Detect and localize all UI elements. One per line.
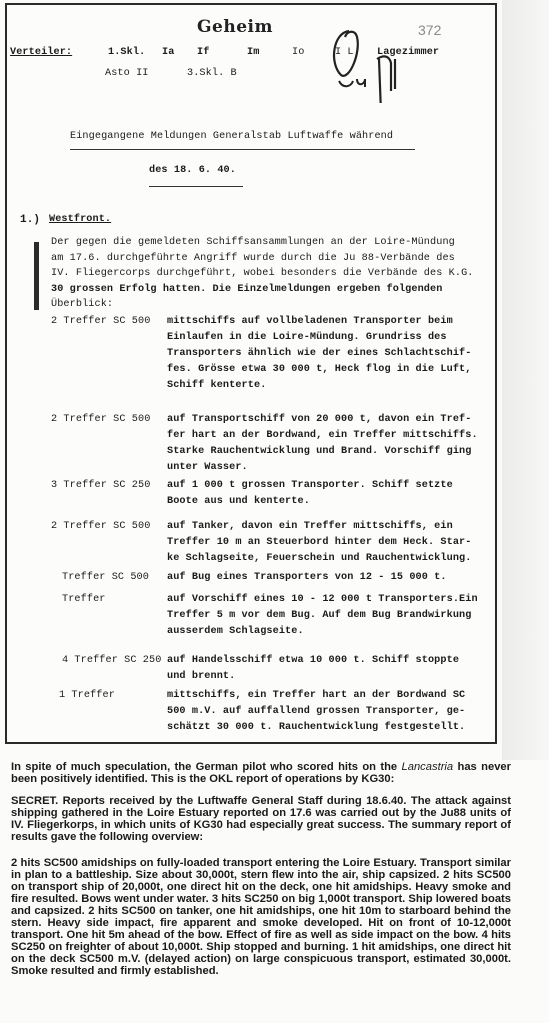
entry-label: 2 Treffer SC 500 xyxy=(51,414,150,425)
handwritten-signature-icon xyxy=(327,23,437,103)
entry-label: 2 Treffer SC 500 xyxy=(51,316,150,327)
entry-text-line: mittschiffs, ein Treffer hart an der Bor… xyxy=(167,690,465,701)
entry-text-line: Treffer 10 m an Steuerbord hinter dem He… xyxy=(167,537,471,548)
heading-underline xyxy=(70,149,415,150)
report-heading: Eingegangene Meldungen Generalstab Luftw… xyxy=(70,131,393,142)
entry-text-line: unter Wasser. xyxy=(167,462,248,473)
page: Geheim 372 Verteiler: 1.Skl. Ia If Im Io… xyxy=(0,0,549,1023)
entry-text-line: auf 1 000 t grossen Transporter. Schiff … xyxy=(167,480,453,491)
entry-text-line: auf Bug eines Transporters von 12 - 15 0… xyxy=(167,572,447,583)
entry-label: Treffer xyxy=(62,594,106,605)
caption-translation-paragraph-2: 2 hits SC500 amidships on fully-loaded t… xyxy=(11,857,511,977)
entry-text-line: 500 m.V. auf auffallend grossen Transpor… xyxy=(167,706,465,717)
entry-text-line: auf Vorschiff eines 10 - 12 000 t Transp… xyxy=(167,594,478,605)
entry-text-line: auf Handelsschiff etwa 10 000 t. Schiff … xyxy=(167,655,459,666)
section-number: 1.) xyxy=(20,214,40,226)
entry-text-line: ausserdem Schlagseite. xyxy=(167,626,304,637)
entry-text-line: Treffer 5 m vor dem Bug. Auf dem Bug Bra… xyxy=(167,610,471,621)
intro-line: am 17.6. durchgeführte Angriff wurde dur… xyxy=(51,253,455,264)
report-date: des 18. 6. 40. xyxy=(149,165,236,176)
entry-text-line: schätzt 30 000 t. Rauchentwicklung festg… xyxy=(167,722,465,733)
entry-text-line: Transporters ähnlich wie der eines Schla… xyxy=(167,348,471,359)
entry-text-line: auf Tanker, davon ein Treffer mittschiff… xyxy=(167,521,453,532)
intro-line: IV. Fliegercorps durchgeführt, wobei bes… xyxy=(51,268,474,279)
distribution-item: 1.Skl. xyxy=(108,47,145,58)
entry-label: Treffer SC 500 xyxy=(62,572,149,583)
entry-text-line: und brennt. xyxy=(167,671,235,682)
entry-label: 1 Treffer xyxy=(59,690,115,701)
entry-label: 2 Treffer SC 500 xyxy=(51,521,150,532)
entry-text-line: mittschiffs auf vollbeladenen Transporte… xyxy=(167,316,453,327)
distribution-item: Ia xyxy=(162,47,174,58)
entry-text-line: Einlaufen in die Loire-Mündung. Grundris… xyxy=(167,332,447,343)
caption-intro: In spite of much speculation, the German… xyxy=(11,761,511,785)
entry-text-line: ke Schlagseite, Feuerschein und Rauchent… xyxy=(167,553,471,564)
section-title: Westfront. xyxy=(49,214,111,225)
distribution-item: I L xyxy=(335,47,354,58)
intro-line: Der gegen die gemeldeten Schiffsansammlu… xyxy=(51,237,455,248)
date-underline xyxy=(149,186,243,187)
distribution-item: Lagezimmer xyxy=(377,47,439,58)
classification-heading: Geheim xyxy=(197,17,273,37)
distribution-item: Asto II xyxy=(105,68,149,79)
entry-text-line: fes. Grösse etwa 30 000 t, Heck flog in … xyxy=(167,364,471,375)
entry-text-line: auf Transportschiff von 20 000 t, davon … xyxy=(167,414,471,425)
distribution-item: Im xyxy=(247,47,259,58)
caption-translation-paragraph-1: SECRET. Reports received by the Luftwaff… xyxy=(11,795,511,843)
entry-text-line: Starke Rauchentwicklung und Brand. Vorsc… xyxy=(167,446,471,457)
facsimile-document: Geheim 372 Verteiler: 1.Skl. Ia If Im Io… xyxy=(5,3,497,744)
entry-text-line: Boote aus und kenterte. xyxy=(167,496,310,507)
margin-marker-bar xyxy=(34,242,39,310)
ship-name: Lancastria xyxy=(402,761,454,773)
entry-label: 3 Treffer SC 250 xyxy=(51,480,150,491)
entry-text-line: fer hart an der Bordwand, ein Treffer mi… xyxy=(167,430,478,441)
distribution-item: If xyxy=(197,47,209,58)
distribution-label: Verteiler: xyxy=(10,47,72,58)
scan-margin-shade xyxy=(502,0,549,760)
distribution-item: 3.Skl. B xyxy=(187,68,237,79)
entry-label: 4 Treffer SC 250 xyxy=(62,655,161,666)
intro-line: 30 grossen Erfolg hatten. Die Einzelmeld… xyxy=(51,284,442,295)
intro-line: Überblick: xyxy=(51,299,113,310)
entry-text-line: Schiff kenterte. xyxy=(167,380,266,391)
distribution-item: Io xyxy=(292,47,304,58)
